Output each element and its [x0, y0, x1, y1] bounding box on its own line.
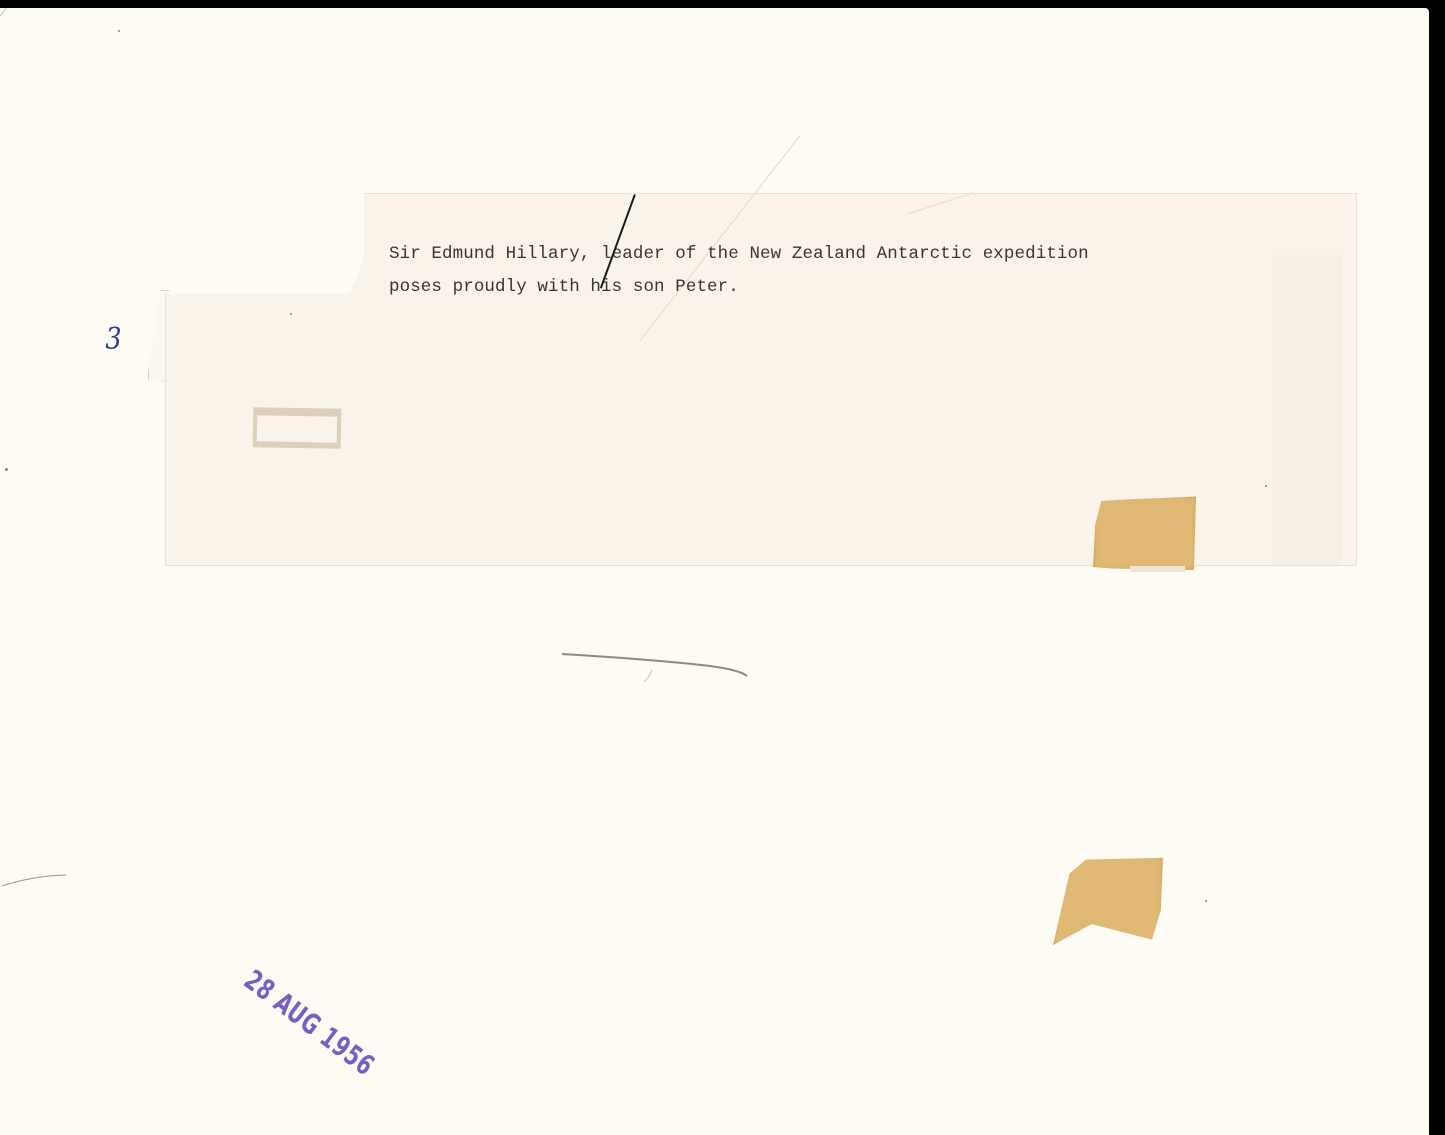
typed-caption: Sir Edmund Hillary, leader of the New Ze…	[389, 238, 1089, 304]
handwritten-number: 3	[105, 322, 121, 357]
faded-rectangle-mark	[253, 407, 342, 449]
tape-residue	[1130, 566, 1185, 572]
scanned-document: Sir Edmund Hillary, leader of the New Ze…	[0, 0, 1445, 1135]
speck	[290, 313, 292, 315]
pencil-line	[560, 652, 750, 682]
tape-piece-top	[1093, 495, 1196, 570]
ink-dot	[5, 468, 8, 471]
caption-line-2: poses proudly with his son Peter.	[389, 277, 739, 297]
speck	[118, 30, 120, 32]
speck	[1205, 900, 1207, 902]
speck	[1265, 485, 1267, 487]
caption-line-1: Sir Edmund Hillary, leader of the New Ze…	[389, 244, 1089, 264]
left-edge-pencil-mark	[2, 872, 67, 890]
photo-back-paper	[0, 8, 1429, 1135]
slip-discoloration	[1272, 255, 1342, 565]
